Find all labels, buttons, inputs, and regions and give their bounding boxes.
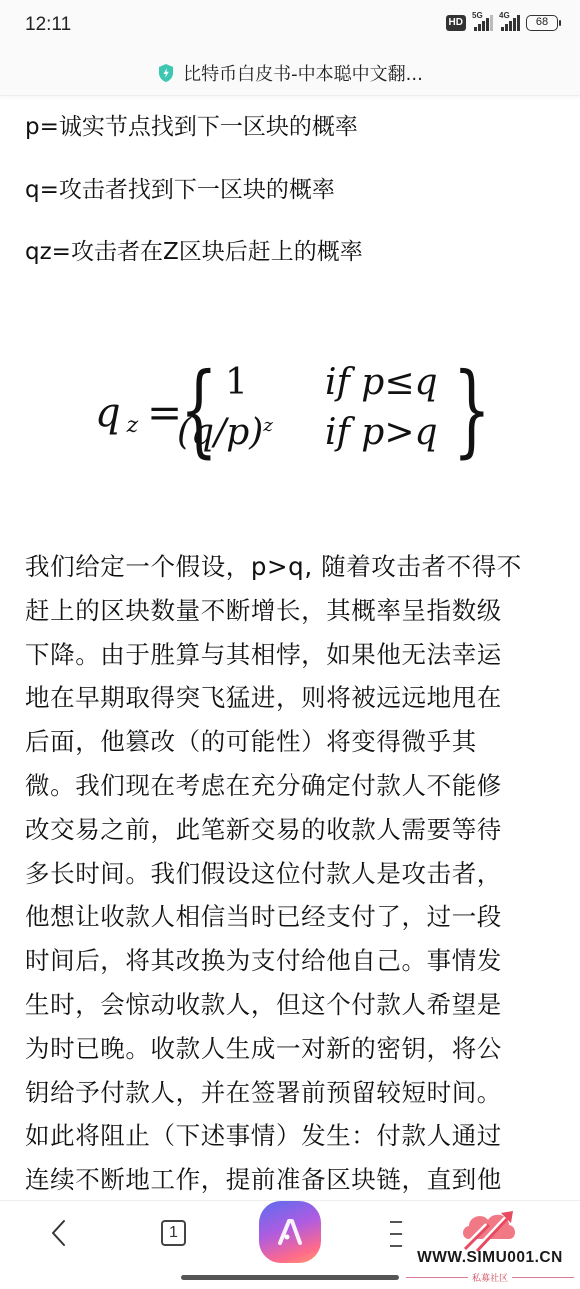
formula-case1-condition: if p≤q bbox=[325, 362, 438, 403]
home-indicator[interactable] bbox=[181, 1275, 399, 1280]
formula-lhs: qz bbox=[95, 390, 138, 438]
page-title: 比特币白皮书-中本聪中文翻... bbox=[183, 60, 423, 86]
signal-5g-icon: 5G bbox=[472, 15, 493, 31]
paragraph-line: 生时，会惊动收款人，但这个付款人希望是 bbox=[25, 983, 560, 1027]
paragraph-line: 改交易之前，此笔新交易的收款人需要等待 bbox=[25, 808, 560, 852]
watermark-overlay: WWW.SIMU001.CN 私募社区 bbox=[402, 1205, 578, 1289]
paragraph-line: 微。我们现在考虑在充分确定付款人不能修 bbox=[25, 764, 560, 808]
formula-case1-value: 1 bbox=[225, 362, 248, 403]
article-content: p=诚实节点找到下一区块的概率 q=攻击者找到下一区块的概率 qz=攻击者在Z区… bbox=[0, 96, 580, 1200]
ai-assistant-icon bbox=[273, 1215, 307, 1249]
paragraph-line: 如此将阻止（下述事情）发生：付款人通过 bbox=[25, 1114, 560, 1158]
probability-formula: qz = { 1 (q/p)z if p≤q if p>q } bbox=[85, 360, 465, 480]
url-bar[interactable]: 比特币白皮书-中本聪中文翻... bbox=[0, 50, 580, 96]
paragraph-line: 赶上的区块数量不断增长，其概率呈指数级 bbox=[25, 589, 560, 633]
ai-assistant-button[interactable] bbox=[259, 1201, 321, 1263]
paragraph-line: 我们给定一个假设，p>q, 随着攻击者不得不 bbox=[25, 545, 560, 589]
paragraph-line: 后面，他篡改（的可能性）将变得微乎其 bbox=[25, 720, 560, 764]
paragraph-line: 下降。由于胜算与其相悖，如果他无法幸运 bbox=[25, 633, 560, 677]
watermark-subtitle: 私募社区 bbox=[406, 1271, 574, 1284]
battery-icon: 68 bbox=[526, 15, 558, 31]
shield-lightning-icon bbox=[157, 63, 175, 83]
paragraph-line: 他想让收款人相信当时已经支付了，过一段 bbox=[25, 895, 560, 939]
paragraph-line: 多长时间。我们假设这位付款人是攻击者， bbox=[25, 852, 560, 896]
formula-case2-value: (q/p)z bbox=[177, 412, 273, 453]
signal-4g-icon: 4G bbox=[499, 15, 520, 31]
chevron-left-icon[interactable] bbox=[44, 1215, 74, 1251]
status-bar: 12:11 HD 5G 4G 68 bbox=[0, 0, 580, 50]
paragraph-line: 时间后，将其改换为支付给他自己。事情发 bbox=[25, 939, 560, 983]
paragraph-line: 为时已晚。收款人生成一对新的密钥，将公 bbox=[25, 1027, 560, 1071]
right-brace: } bbox=[453, 360, 491, 460]
body-paragraph: 我们给定一个假设，p>q, 随着攻击者不得不 赶上的区块数量不断增长，其概率呈指… bbox=[25, 545, 560, 1200]
formula-case2-condition: if p>q bbox=[325, 412, 438, 453]
definition-p: p=诚实节点找到下一区块的概率 bbox=[25, 108, 358, 141]
hd-voice-icon: HD bbox=[446, 15, 466, 31]
definition-qz: qz=攻击者在Z区块后赶上的概率 bbox=[25, 233, 363, 266]
cloud-arrow-logo-icon bbox=[457, 1205, 521, 1253]
status-icons: HD 5G 4G 68 bbox=[446, 15, 558, 31]
paragraph-line: 地在早期取得突飞猛进，则将被远远地甩在 bbox=[25, 676, 560, 720]
definition-q: q=攻击者找到下一区块的概率 bbox=[25, 171, 335, 204]
paragraph-line: 钥给予付款人，并在签署前预留较短时间。 bbox=[25, 1071, 560, 1115]
watermark-url: WWW.SIMU001.CN bbox=[402, 1249, 578, 1267]
status-time: 12:11 bbox=[25, 14, 71, 36]
paragraph-line: 连续不断地工作，提前准备区块链，直到他 bbox=[25, 1158, 560, 1200]
tabs-button[interactable]: 1 bbox=[161, 1220, 186, 1246]
